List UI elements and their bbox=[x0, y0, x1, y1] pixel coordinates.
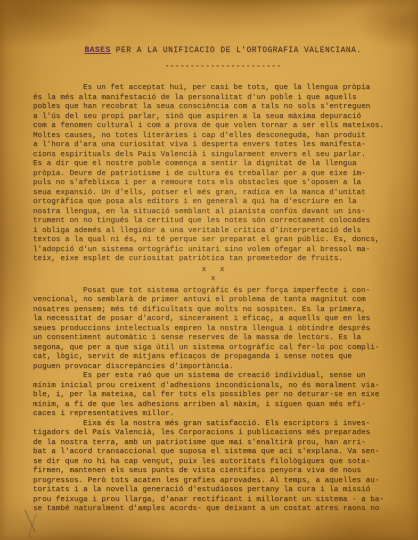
text-line: x x bbox=[33, 266, 393, 276]
text-line: és la més alta manifestació de la person… bbox=[33, 94, 393, 104]
text-line: nostra llengua, en la situació semblant … bbox=[33, 208, 393, 218]
title-emphasis: BASES bbox=[84, 47, 110, 55]
text-line: cions espirituals dels País Valencià i s… bbox=[33, 151, 393, 161]
text-line: l'adopció d'un sistema ortogràfic unitar… bbox=[33, 246, 393, 256]
text-line: com a fenomen cultural i com a prova de … bbox=[33, 122, 393, 132]
text-line: Moltes causes, no totes literàries i cap… bbox=[33, 132, 393, 142]
text-line: ortogràfica que posa als editors i en ge… bbox=[33, 198, 393, 208]
text-line: puls no s'afeblixca i per a remoure tots… bbox=[33, 179, 393, 189]
text-line: Eixa és la nostra més gran satisfacció. … bbox=[33, 420, 393, 430]
text-line: a l'ús del seu propi parlar, sinó que as… bbox=[33, 113, 393, 123]
text-line: Posat que tot sistema ortogràfic és per … bbox=[33, 287, 393, 297]
text-line: cat, lògic, servit de mitjans eficaços d… bbox=[33, 353, 393, 363]
text-line: caces i representatives millor. bbox=[33, 410, 393, 420]
text-line: teix, eixe esplet de curiositat patriòti… bbox=[33, 255, 393, 265]
text-line: bat a l'acord transaccional que suposa e… bbox=[33, 448, 393, 458]
document-body: Es un fet acceptat hui, per casi be tots… bbox=[33, 84, 393, 515]
text-line: nosatres pensem; més té dificultats que … bbox=[33, 306, 393, 316]
text-line: se dir que no hi ha cap vençut, puix les… bbox=[33, 458, 393, 468]
paragraph: Es per esta raó que un sistema de creaci… bbox=[33, 372, 393, 420]
text-line: Es a dir que el nostre poble comença a s… bbox=[33, 160, 393, 170]
text-line: trument on no tingués la certitud que le… bbox=[33, 217, 393, 227]
text-line: segona, que per a que siga útil un siste… bbox=[33, 344, 393, 354]
text-line: x bbox=[33, 275, 393, 285]
paragraph: Posat que tot sistema ortogràfic és per … bbox=[33, 287, 393, 373]
text-line: Es per esta raó que un sistema de creaci… bbox=[33, 372, 393, 382]
text-line: tigadors del País Valencià, les Corporac… bbox=[33, 429, 393, 439]
text-line: progressos. Però tots acaten les grafies… bbox=[33, 477, 393, 487]
text-line: un consentiment automàtic i sense reserv… bbox=[33, 334, 393, 344]
text-line: la necessitat de posar d'acord, sinceram… bbox=[33, 315, 393, 325]
section-separator: x xx bbox=[33, 266, 393, 285]
pencil-mark bbox=[20, 506, 50, 538]
text-line: de la nostra terra, amb un patriotisme q… bbox=[33, 439, 393, 449]
text-line: ble, i, per la mateixa, cal fer tots els… bbox=[33, 391, 393, 401]
text-line: textos a la qual ni és, ni té perque ser… bbox=[33, 236, 393, 246]
text-line: mínim, a fi de que les adhesions arriben… bbox=[33, 401, 393, 411]
text-line: pròpia. Deure de patriotisme i de cultur… bbox=[33, 170, 393, 180]
text-line: mínim inicial prou creixent d'adhesions … bbox=[33, 382, 393, 392]
text-line: seues produccions intelectuals empren la… bbox=[33, 325, 393, 335]
title-underline: ----------------------- bbox=[14, 63, 418, 71]
title-text: PER A LA UNIFICACIO DE L'ORTOGRAFIA VALE… bbox=[111, 47, 362, 55]
text-line: seua expansió. Un d'ells, potser el més … bbox=[33, 189, 393, 199]
text-line: i obliga ademés al llegidor a una verita… bbox=[33, 227, 393, 237]
document-page: BASES PER A LA UNIFICACIO DE L'ORTOGRAFI… bbox=[0, 0, 418, 540]
text-line: vencional, no semblarà de primer antuvi … bbox=[33, 296, 393, 306]
text-line: prou feixuga i prou llarga, d'anar recti… bbox=[33, 496, 393, 506]
text-line: Es un fet acceptat hui, per casi be tots… bbox=[33, 84, 393, 94]
paragraph: Eixa és la nostra més gran satisfacció. … bbox=[33, 420, 393, 515]
paragraph: Es un fet acceptat hui, per casi be tots… bbox=[33, 84, 393, 265]
text-line: pobles que han recobrat la seua conscièn… bbox=[33, 103, 393, 113]
text-line: toritats i a la novella generació d'estu… bbox=[33, 486, 393, 496]
text-line: se també naturalment d'amples acords- qu… bbox=[33, 505, 393, 515]
text-line: a l'hora d'ara una curiositat viva i des… bbox=[33, 141, 393, 151]
document-title: BASES PER A LA UNIFICACIO DE L'ORTOGRAFI… bbox=[14, 47, 418, 87]
text-line: firmen, mantenen els seus punts de vista… bbox=[33, 467, 393, 477]
text-line: puguen provocar discrepàncies d'importàn… bbox=[33, 363, 393, 373]
